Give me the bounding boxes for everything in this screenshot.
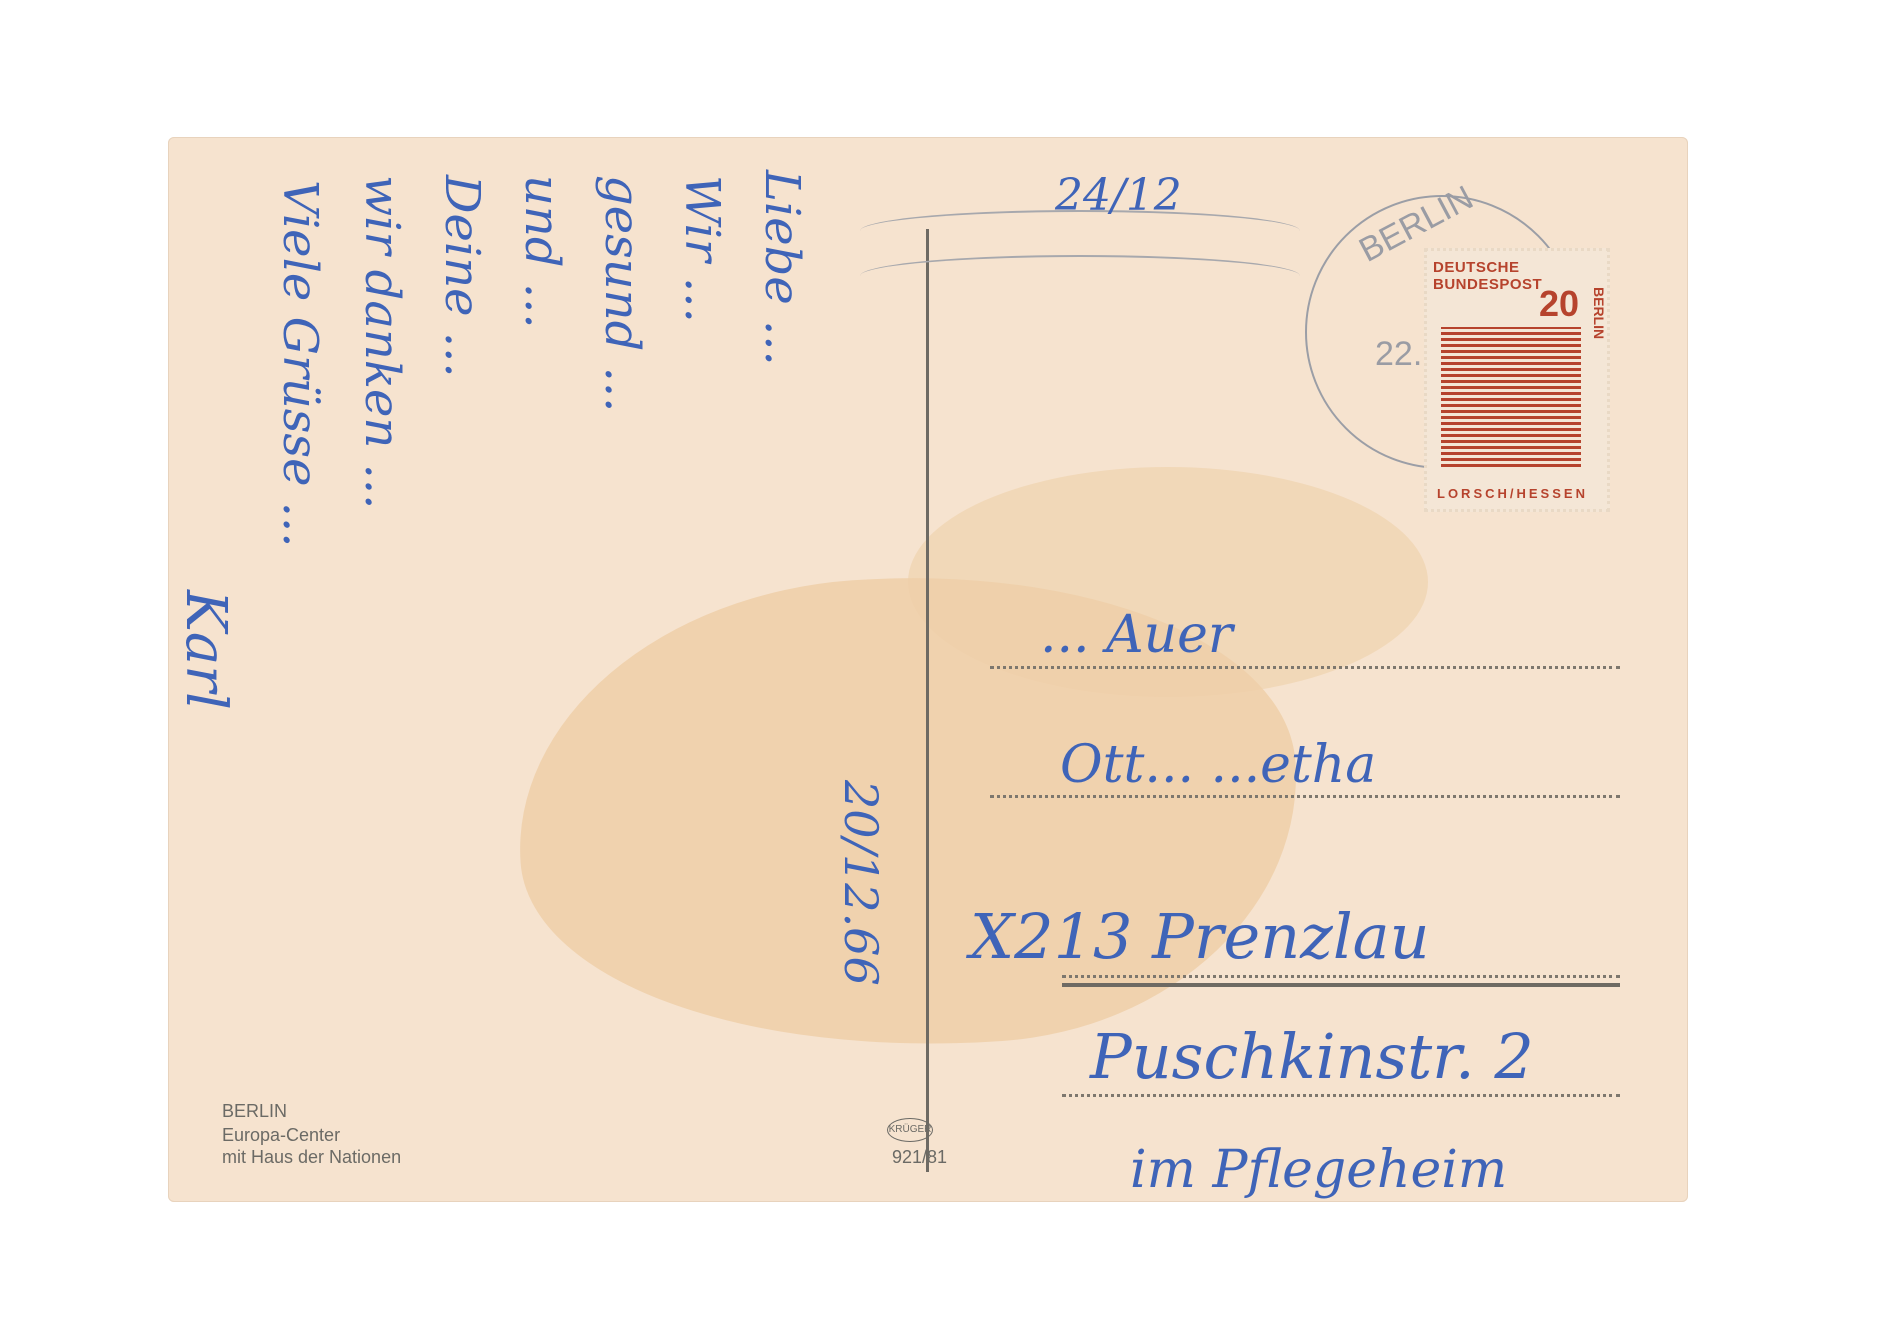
address-line-4: Puschkinstr. 2 — [1090, 1020, 1534, 1093]
address-line-1: ... Auer — [1040, 605, 1233, 665]
publisher-logo: KRÜGER — [887, 1118, 933, 1142]
catalog-number: 921/81 — [892, 1146, 947, 1168]
address-line-3: X213 Prenzlau — [970, 900, 1430, 973]
address-line-5: im Pflegeheim — [1130, 1140, 1507, 1200]
message-line: Viele Grüsse ... — [272, 180, 328, 548]
message-line: Liebe ... — [754, 170, 810, 366]
message-line: Wir ... — [674, 175, 730, 323]
gatehall-icon — [1441, 327, 1581, 467]
message-line: Deine ... — [434, 175, 490, 378]
letter-date: 20/12.66 — [834, 780, 888, 986]
annotation-date: 24/12 — [1055, 170, 1182, 221]
address-line — [1062, 975, 1620, 978]
message-line: gesund ... — [594, 175, 650, 412]
stamp-region: BERLIN — [1591, 287, 1607, 339]
address-line — [1062, 983, 1620, 987]
address-line-2: Ott... ...etha — [1060, 735, 1376, 795]
address-line — [990, 666, 1620, 669]
divider-line — [926, 229, 929, 1172]
caption-city: BERLIN — [222, 1100, 287, 1122]
message-line: wir danken ... — [354, 175, 410, 509]
caption-subtitle: mit Haus der Nationen — [222, 1146, 401, 1168]
message-line: und ... — [514, 175, 570, 329]
address-line — [990, 795, 1620, 798]
postage-stamp: DEUTSCHE BUNDESPOST 20 BERLIN LORSCH/HES… — [1424, 248, 1610, 512]
cancel-wave — [860, 255, 1300, 297]
address-line — [1062, 1094, 1620, 1097]
stamp-value: 20 — [1539, 283, 1579, 325]
caption-title: Europa-Center — [222, 1124, 340, 1146]
signature: Karl — [173, 590, 238, 710]
stamp-caption: LORSCH/HESSEN — [1437, 486, 1588, 501]
